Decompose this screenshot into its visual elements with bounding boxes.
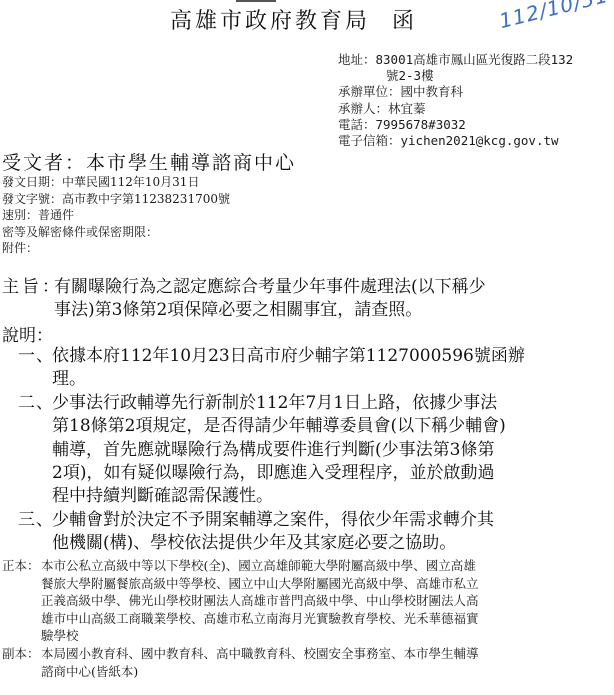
original-recipients-line: 正義高級中學、佛光山學校財團法人高雄市普門高級中學、中山學校財團法人高 (2, 592, 479, 610)
issue-date: 發文日期：中華民國112年10月31日 (2, 174, 230, 191)
contact-email: 電子信箱：yichen2021@kcg.gov.tw (338, 133, 573, 149)
explanation-item: 三、少輔會對於決定不予開案輔導之案件，得依少年需求轉介其 他機關(構)、學校依法… (18, 509, 525, 556)
item-line: 少事法行政輔導先行新制於112年7月1日上路，依據少事法 (52, 393, 497, 413)
item-line: 程中持續判斷確認需保護性。 (18, 485, 525, 508)
item-number: 二、 (18, 392, 52, 415)
contact-block: 地址：83001高雄市鳳山區光復路二段132 號2-3樓 承辦單位：國中教育科 … (338, 52, 573, 149)
recipient: 受文者：本市學生輔導諮商中心 (2, 148, 296, 175)
contact-address: 地址：83001高雄市鳳山區光復路二段132 (338, 52, 573, 68)
delivery-speed: 速別：普通件 (2, 207, 230, 224)
document-type: 函 (392, 4, 414, 35)
document-number: 發文字號：高市教中字第11238231700號 (2, 191, 230, 208)
subject-section: 主旨：有關曝險行為之認定應綜合考量少年事件處理法(以下稱少 事法)第3條第2項保… (2, 276, 486, 322)
attachments: 附件： (2, 240, 230, 257)
handwritten-date-note: 112/10/31 (497, 0, 611, 33)
item-line: 輔導，首先應就曝險行為構成要件進行判斷(少事法第3條第 (18, 439, 525, 462)
subject-text-line1: 有關曝險行為之認定應綜合考量少年事件處理法(以下稱少 (54, 277, 486, 297)
original-recipients-line: 本市公私立高級中等以下學校(全)、國立高雄師範大學附屬高級中學、國立高雄 (41, 558, 476, 573)
original-recipients-line: 餐旅大學附屬餐旅高級中等學校、國立中山大學附屬國光高級中學、高雄市私立 (2, 575, 479, 593)
item-line: 他機關(構)、學校依法提供少年及其家庭必要之協助。 (18, 532, 525, 555)
secrecy-level: 密等及解密條件或保密期限： (2, 224, 230, 241)
item-line: 依據本府112年10月23日高市府少輔字第1127000596號函辦 (52, 346, 525, 366)
item-number: 三、 (18, 509, 52, 532)
original-recipients-line: 雄市中山高級工商職業學校、高雄市私立南海月光實驗教育學校、光禾華德福實 (2, 610, 479, 628)
explanation-label: 說明： (2, 321, 53, 346)
contact-officer: 承辦人：林宜蓁 (338, 101, 573, 117)
copy-recipients-line: 本局國小教育科、國中教育科、高中職教育科、校園安全事務室、本市學生輔導 (41, 646, 479, 661)
explanation-item: 一、依據本府112年10月23日高市府少輔字第1127000596號函辦 理。 (18, 345, 525, 392)
subject-label: 主旨： (2, 276, 54, 299)
subject-text-line2: 事法)第3條第2項保障必要之相關事宜，請查照。 (2, 299, 486, 322)
document-meta: 發文日期：中華民國112年10月31日 發文字號：高市教中字第112382317… (2, 174, 230, 257)
contact-unit: 承辦單位：國中教育科 (338, 84, 573, 100)
agency-title: 高雄市政府教育局 (170, 4, 370, 35)
explanation-item: 二、少事法行政輔導先行新制於112年7月1日上路，依據少事法 第18條第2項規定… (18, 392, 525, 509)
explanation-items: 一、依據本府112年10月23日高市府少輔字第1127000596號函辦 理。 … (18, 345, 525, 556)
item-line: 少輔會對於決定不予開案輔導之案件，得依少年需求轉介其 (52, 510, 494, 530)
distribution-section: 正本：本市公私立高級中等以下學校(全)、國立高雄師範大學附屬高級中學、國立高雄 … (2, 557, 479, 680)
original-recipients-line: 驗學校 (2, 627, 479, 645)
copy-recipients-label: 副本： (2, 645, 41, 663)
contact-phone: 電話：7995678#3032 (338, 117, 573, 133)
copy-recipients-line: 諮商中心(皆紙本) (2, 663, 479, 681)
original-recipients-label: 正本： (2, 557, 41, 575)
contact-address-cont: 號2-3樓 (338, 68, 573, 84)
item-number: 一、 (18, 345, 52, 368)
item-line: 2項)，如有疑似曝險行為，即應進入受理程序，並於啟動過 (18, 462, 525, 485)
item-line: 第18條第2項規定，是否得請少年輔導委員會(以下稱少輔會) (18, 415, 525, 438)
cropped-top-text (236, 0, 276, 2)
item-line: 理。 (18, 368, 525, 391)
